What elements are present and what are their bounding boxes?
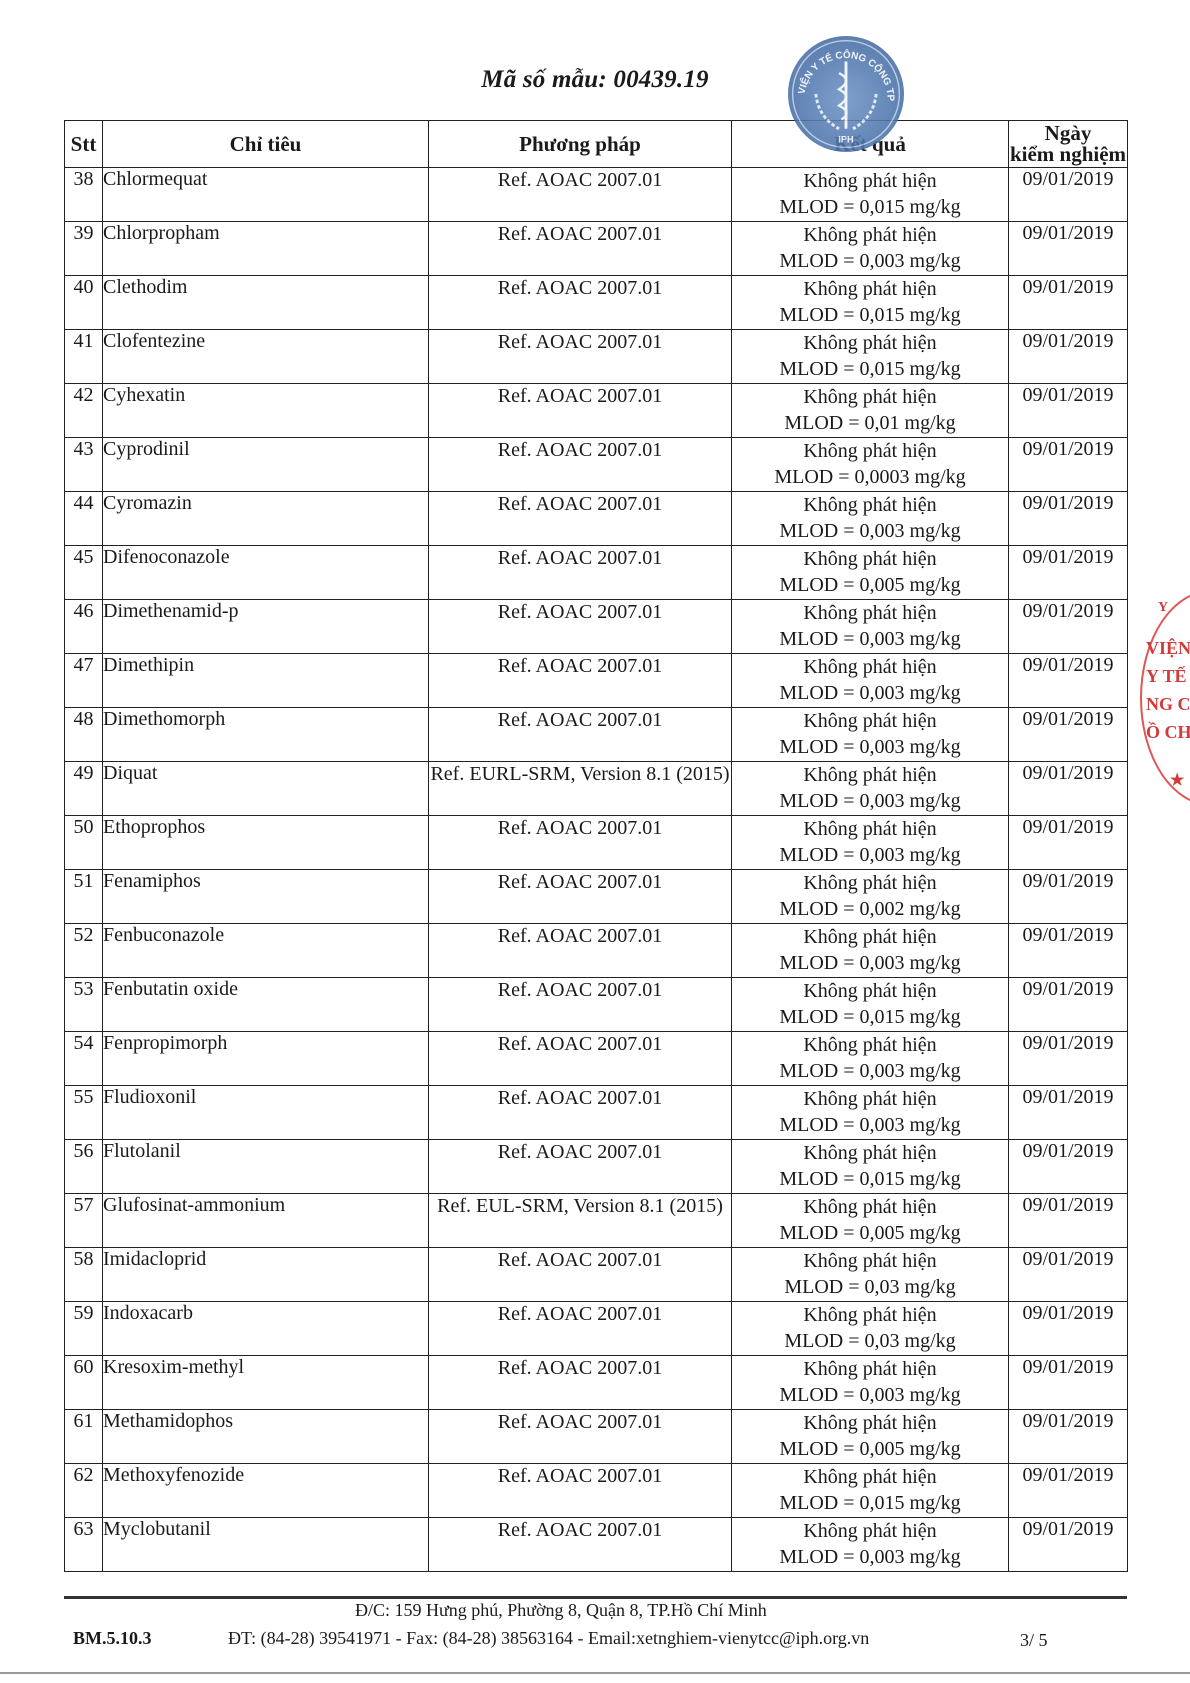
row-result-text: Không phát hiện <box>732 1140 1008 1166</box>
row-stt: 49 <box>65 762 103 816</box>
row-stt: 62 <box>65 1464 103 1518</box>
row-result: Không phát hiệnMLOD = 0,003 mg/kg <box>732 1356 1009 1410</box>
row-method: Ref. AOAC 2007.01 <box>429 1086 732 1140</box>
row-method: Ref. AOAC 2007.01 <box>429 1464 732 1518</box>
row-mlod: MLOD = 0,005 mg/kg <box>732 1220 1008 1246</box>
row-mlod: MLOD = 0,003 mg/kg <box>732 680 1008 706</box>
table-row: 60Kresoxim-methylRef. AOAC 2007.01Không … <box>65 1356 1128 1410</box>
row-method: Ref. AOAC 2007.01 <box>429 924 732 978</box>
row-method: Ref. AOAC 2007.01 <box>429 708 732 762</box>
row-result: Không phát hiệnMLOD = 0,003 mg/kg <box>732 492 1009 546</box>
row-stt: 46 <box>65 600 103 654</box>
table-row: 61MethamidophosRef. AOAC 2007.01Không ph… <box>65 1410 1128 1464</box>
row-mlod: MLOD = 0,015 mg/kg <box>732 1166 1008 1192</box>
row-analyte: Fenamiphos <box>103 870 429 924</box>
row-mlod: MLOD = 0,003 mg/kg <box>732 788 1008 814</box>
table-row: 62MethoxyfenozideRef. AOAC 2007.01Không … <box>65 1464 1128 1518</box>
row-date: 09/01/2019 <box>1009 816 1128 870</box>
row-result: Không phát hiệnMLOD = 0,01 mg/kg <box>732 384 1009 438</box>
table-row: 51FenamiphosRef. AOAC 2007.01Không phát … <box>65 870 1128 924</box>
table-row: 50EthoprophosRef. AOAC 2007.01Không phát… <box>65 816 1128 870</box>
row-result-text: Không phát hiện <box>732 870 1008 896</box>
row-result-text: Không phát hiện <box>732 222 1008 248</box>
row-result-text: Không phát hiện <box>732 168 1008 194</box>
row-date: 09/01/2019 <box>1009 168 1128 222</box>
row-result-text: Không phát hiện <box>732 762 1008 788</box>
row-date: 09/01/2019 <box>1009 1194 1128 1248</box>
row-stt: 47 <box>65 654 103 708</box>
row-stt: 41 <box>65 330 103 384</box>
row-stt: 48 <box>65 708 103 762</box>
row-mlod: MLOD = 0,03 mg/kg <box>732 1274 1008 1300</box>
row-result: Không phát hiệnMLOD = 0,003 mg/kg <box>732 762 1009 816</box>
row-result: Không phát hiệnMLOD = 0,03 mg/kg <box>732 1248 1009 1302</box>
row-result-text: Không phát hiện <box>732 708 1008 734</box>
seal-iph: IPH <box>838 135 854 145</box>
row-result: Không phát hiệnMLOD = 0,015 mg/kg <box>732 1464 1009 1518</box>
red-stamp: Y VIỆN Y TẾ NG CỘ Ồ CHÍ M ★ <box>1140 590 1190 802</box>
row-method: Ref. AOAC 2007.01 <box>429 546 732 600</box>
row-date: 09/01/2019 <box>1009 384 1128 438</box>
row-stt: 51 <box>65 870 103 924</box>
row-analyte: Diquat <box>103 762 429 816</box>
row-stt: 55 <box>65 1086 103 1140</box>
footer-address: Đ/C: 159 Hưng phú, Phường 8, Quận 8, TP.… <box>355 1600 767 1621</box>
row-mlod: MLOD = 0,015 mg/kg <box>732 194 1008 220</box>
table-row: 63MyclobutanilRef. AOAC 2007.01Không phá… <box>65 1518 1128 1572</box>
row-result-text: Không phát hiện <box>732 546 1008 572</box>
row-mlod: MLOD = 0,005 mg/kg <box>732 572 1008 598</box>
table-row: 43CyprodinilRef. AOAC 2007.01Không phát … <box>65 438 1128 492</box>
row-analyte: Imidacloprid <box>103 1248 429 1302</box>
row-analyte: Glufosinat-ammonium <box>103 1194 429 1248</box>
row-result-text: Không phát hiện <box>732 1410 1008 1436</box>
row-date: 09/01/2019 <box>1009 1248 1128 1302</box>
red-stamp-line: Ồ CHÍ M <box>1146 722 1190 743</box>
header-date: Ngày kiểm nghiệm <box>1009 121 1128 168</box>
row-stt: 42 <box>65 384 103 438</box>
row-analyte: Methamidophos <box>103 1410 429 1464</box>
bottom-rule <box>0 1672 1190 1674</box>
row-method: Ref. AOAC 2007.01 <box>429 384 732 438</box>
row-date: 09/01/2019 <box>1009 1410 1128 1464</box>
row-date: 09/01/2019 <box>1009 276 1128 330</box>
row-stt: 50 <box>65 816 103 870</box>
institute-seal-icon: VIỆN Y TẾ CÔNG CỘNG TP.HCM IPH <box>788 36 904 152</box>
row-method: Ref. AOAC 2007.01 <box>429 1248 732 1302</box>
row-date: 09/01/2019 <box>1009 600 1128 654</box>
row-result: Không phát hiệnMLOD = 0,015 mg/kg <box>732 168 1009 222</box>
sample-code-title: Mã số mẫu: 00439.19 <box>0 66 1190 94</box>
row-result: Không phát hiệnMLOD = 0,003 mg/kg <box>732 1032 1009 1086</box>
row-date: 09/01/2019 <box>1009 762 1128 816</box>
row-date: 09/01/2019 <box>1009 978 1128 1032</box>
table-row: 42CyhexatinRef. AOAC 2007.01Không phát h… <box>65 384 1128 438</box>
row-result-text: Không phát hiện <box>732 816 1008 842</box>
row-analyte: Chlorpropham <box>103 222 429 276</box>
row-result: Không phát hiệnMLOD = 0,015 mg/kg <box>732 1140 1009 1194</box>
row-result-text: Không phát hiện <box>732 1032 1008 1058</box>
row-date: 09/01/2019 <box>1009 1140 1128 1194</box>
row-stt: 56 <box>65 1140 103 1194</box>
row-analyte: Dimethipin <box>103 654 429 708</box>
row-date: 09/01/2019 <box>1009 1518 1128 1572</box>
row-stt: 45 <box>65 546 103 600</box>
row-stt: 63 <box>65 1518 103 1572</box>
table-header-row: Stt Chỉ tiêu Phương pháp Kết quả Ngày ki… <box>65 121 1128 168</box>
row-result-text: Không phát hiện <box>732 924 1008 950</box>
table-bottom-border <box>64 1596 1127 1599</box>
footer-page-number: 3/ 5 <box>1020 1630 1048 1651</box>
row-result-text: Không phát hiện <box>732 1464 1008 1490</box>
row-result: Không phát hiệnMLOD = 0,0003 mg/kg <box>732 438 1009 492</box>
header-date-line2: kiểm nghiệm <box>1009 144 1127 165</box>
row-mlod: MLOD = 0,003 mg/kg <box>732 842 1008 868</box>
row-method: Ref. AOAC 2007.01 <box>429 870 732 924</box>
row-mlod: MLOD = 0,01 mg/kg <box>732 410 1008 436</box>
row-mlod: MLOD = 0,003 mg/kg <box>732 1544 1008 1570</box>
row-stt: 61 <box>65 1410 103 1464</box>
row-analyte: Dimethenamid-p <box>103 600 429 654</box>
footer-form-code: BM.5.10.3 <box>73 1628 152 1649</box>
row-date: 09/01/2019 <box>1009 1464 1128 1518</box>
row-analyte: Fenbutatin oxide <box>103 978 429 1032</box>
row-result-text: Không phát hiện <box>732 1248 1008 1274</box>
row-analyte: Cyhexatin <box>103 384 429 438</box>
row-result: Không phát hiệnMLOD = 0,003 mg/kg <box>732 654 1009 708</box>
row-mlod: MLOD = 0,003 mg/kg <box>732 626 1008 652</box>
row-mlod: MLOD = 0,005 mg/kg <box>732 1436 1008 1462</box>
table-row: 39ChlorprophamRef. AOAC 2007.01Không phá… <box>65 222 1128 276</box>
row-date: 09/01/2019 <box>1009 924 1128 978</box>
row-mlod: MLOD = 0,015 mg/kg <box>732 1004 1008 1030</box>
row-mlod: MLOD = 0,003 mg/kg <box>732 734 1008 760</box>
table-row: 54FenpropimorphRef. AOAC 2007.01Không ph… <box>65 1032 1128 1086</box>
row-method: Ref. EURL-SRM, Version 8.1 (2015) <box>429 762 732 816</box>
table-row: 38ChlormequatRef. AOAC 2007.01Không phát… <box>65 168 1128 222</box>
row-result: Không phát hiệnMLOD = 0,005 mg/kg <box>732 1410 1009 1464</box>
row-method: Ref. AOAC 2007.01 <box>429 1356 732 1410</box>
table-row: 53Fenbutatin oxideRef. AOAC 2007.01Không… <box>65 978 1128 1032</box>
row-stt: 57 <box>65 1194 103 1248</box>
header-date-line1: Ngày <box>1009 123 1127 144</box>
row-result-text: Không phát hiện <box>732 1086 1008 1112</box>
row-method: Ref. AOAC 2007.01 <box>429 168 732 222</box>
red-stamp-line: NG CỘ <box>1146 694 1190 715</box>
row-result: Không phát hiệnMLOD = 0,005 mg/kg <box>732 546 1009 600</box>
row-analyte: Kresoxim-methyl <box>103 1356 429 1410</box>
row-analyte: Clofentezine <box>103 330 429 384</box>
row-stt: 54 <box>65 1032 103 1086</box>
row-stt: 44 <box>65 492 103 546</box>
results-table: Stt Chỉ tiêu Phương pháp Kết quả Ngày ki… <box>64 120 1128 1572</box>
table-row: 46Dimethenamid-pRef. AOAC 2007.01Không p… <box>65 600 1128 654</box>
row-result: Không phát hiệnMLOD = 0,003 mg/kg <box>732 222 1009 276</box>
row-analyte: Cyromazin <box>103 492 429 546</box>
row-method: Ref. EUL-SRM, Version 8.1 (2015) <box>429 1194 732 1248</box>
row-method: Ref. AOAC 2007.01 <box>429 816 732 870</box>
row-analyte: Ethoprophos <box>103 816 429 870</box>
table-row: 41ClofentezineRef. AOAC 2007.01Không phá… <box>65 330 1128 384</box>
row-mlod: MLOD = 0,002 mg/kg <box>732 896 1008 922</box>
row-result: Không phát hiệnMLOD = 0,03 mg/kg <box>732 1302 1009 1356</box>
row-date: 09/01/2019 <box>1009 438 1128 492</box>
footer-contact: ĐT: (84-28) 39541971 - Fax: (84-28) 3856… <box>228 1628 869 1649</box>
row-mlod: MLOD = 0,003 mg/kg <box>732 950 1008 976</box>
row-result-text: Không phát hiện <box>732 1356 1008 1382</box>
table-row: 44CyromazinRef. AOAC 2007.01Không phát h… <box>65 492 1128 546</box>
row-mlod: MLOD = 0,015 mg/kg <box>732 356 1008 382</box>
table-row: 52FenbuconazoleRef. AOAC 2007.01Không ph… <box>65 924 1128 978</box>
red-stamp-line: Y <box>1158 600 1168 616</box>
row-stt: 38 <box>65 168 103 222</box>
row-mlod: MLOD = 0,015 mg/kg <box>732 302 1008 328</box>
row-analyte: Difenoconazole <box>103 546 429 600</box>
row-method: Ref. AOAC 2007.01 <box>429 1302 732 1356</box>
row-result-text: Không phát hiện <box>732 1302 1008 1328</box>
row-result-text: Không phát hiện <box>732 978 1008 1004</box>
row-result: Không phát hiệnMLOD = 0,003 mg/kg <box>732 816 1009 870</box>
table-body: 38ChlormequatRef. AOAC 2007.01Không phát… <box>65 168 1128 1572</box>
row-mlod: MLOD = 0,003 mg/kg <box>732 1058 1008 1084</box>
row-analyte: Flutolanil <box>103 1140 429 1194</box>
red-stamp-line: Y TẾ <box>1146 666 1187 687</box>
row-date: 09/01/2019 <box>1009 1302 1128 1356</box>
row-analyte: Clethodim <box>103 276 429 330</box>
row-date: 09/01/2019 <box>1009 1356 1128 1410</box>
table-row: 48DimethomorphRef. AOAC 2007.01Không phá… <box>65 708 1128 762</box>
row-result: Không phát hiệnMLOD = 0,003 mg/kg <box>732 1518 1009 1572</box>
row-result-text: Không phát hiện <box>732 1194 1008 1220</box>
row-stt: 53 <box>65 978 103 1032</box>
row-result: Không phát hiệnMLOD = 0,003 mg/kg <box>732 600 1009 654</box>
row-stt: 52 <box>65 924 103 978</box>
row-mlod: MLOD = 0,003 mg/kg <box>732 1112 1008 1138</box>
row-method: Ref. AOAC 2007.01 <box>429 978 732 1032</box>
row-method: Ref. AOAC 2007.01 <box>429 600 732 654</box>
row-date: 09/01/2019 <box>1009 492 1128 546</box>
row-stt: 39 <box>65 222 103 276</box>
row-mlod: MLOD = 0,03 mg/kg <box>732 1328 1008 1354</box>
row-method: Ref. AOAC 2007.01 <box>429 276 732 330</box>
row-method: Ref. AOAC 2007.01 <box>429 1410 732 1464</box>
row-date: 09/01/2019 <box>1009 222 1128 276</box>
row-result: Không phát hiệnMLOD = 0,003 mg/kg <box>732 924 1009 978</box>
row-result: Không phát hiệnMLOD = 0,002 mg/kg <box>732 870 1009 924</box>
row-result-text: Không phát hiện <box>732 492 1008 518</box>
row-method: Ref. AOAC 2007.01 <box>429 1140 732 1194</box>
row-result: Không phát hiệnMLOD = 0,015 mg/kg <box>732 330 1009 384</box>
row-analyte: Methoxyfenozide <box>103 1464 429 1518</box>
row-analyte: Fludioxonil <box>103 1086 429 1140</box>
row-mlod: MLOD = 0,003 mg/kg <box>732 248 1008 274</box>
row-date: 09/01/2019 <box>1009 708 1128 762</box>
table-row: 45DifenoconazoleRef. AOAC 2007.01Không p… <box>65 546 1128 600</box>
header-method: Phương pháp <box>429 121 732 168</box>
row-date: 09/01/2019 <box>1009 546 1128 600</box>
row-date: 09/01/2019 <box>1009 330 1128 384</box>
row-result-text: Không phát hiện <box>732 438 1008 464</box>
table-row: 40ClethodimRef. AOAC 2007.01Không phát h… <box>65 276 1128 330</box>
row-method: Ref. AOAC 2007.01 <box>429 1032 732 1086</box>
row-analyte: Dimethomorph <box>103 708 429 762</box>
row-method: Ref. AOAC 2007.01 <box>429 438 732 492</box>
row-result: Không phát hiệnMLOD = 0,003 mg/kg <box>732 1086 1009 1140</box>
row-analyte: Fenpropimorph <box>103 1032 429 1086</box>
row-analyte: Myclobutanil <box>103 1518 429 1572</box>
row-result-text: Không phát hiện <box>732 276 1008 302</box>
table-row: 56FlutolanilRef. AOAC 2007.01Không phát … <box>65 1140 1128 1194</box>
row-mlod: MLOD = 0,0003 mg/kg <box>732 464 1008 490</box>
table-row: 58ImidaclopridRef. AOAC 2007.01Không phá… <box>65 1248 1128 1302</box>
row-result: Không phát hiệnMLOD = 0,015 mg/kg <box>732 276 1009 330</box>
header-stt: Stt <box>65 121 103 168</box>
row-method: Ref. AOAC 2007.01 <box>429 222 732 276</box>
row-analyte: Chlormequat <box>103 168 429 222</box>
star-icon: ★ <box>1170 770 1184 790</box>
row-analyte: Cyprodinil <box>103 438 429 492</box>
row-method: Ref. AOAC 2007.01 <box>429 1518 732 1572</box>
row-method: Ref. AOAC 2007.01 <box>429 330 732 384</box>
red-stamp-line: VIỆN <box>1146 638 1190 659</box>
row-stt: 40 <box>65 276 103 330</box>
row-date: 09/01/2019 <box>1009 1086 1128 1140</box>
row-result-text: Không phát hiện <box>732 384 1008 410</box>
row-mlod: MLOD = 0,003 mg/kg <box>732 1382 1008 1408</box>
row-method: Ref. AOAC 2007.01 <box>429 492 732 546</box>
row-date: 09/01/2019 <box>1009 654 1128 708</box>
row-mlod: MLOD = 0,015 mg/kg <box>732 1490 1008 1516</box>
row-result-text: Không phát hiện <box>732 330 1008 356</box>
row-date: 09/01/2019 <box>1009 870 1128 924</box>
row-method: Ref. AOAC 2007.01 <box>429 654 732 708</box>
row-result-text: Không phát hiện <box>732 654 1008 680</box>
row-stt: 59 <box>65 1302 103 1356</box>
table-row: 59IndoxacarbRef. AOAC 2007.01Không phát … <box>65 1302 1128 1356</box>
row-stt: 58 <box>65 1248 103 1302</box>
row-stt: 60 <box>65 1356 103 1410</box>
row-result: Không phát hiệnMLOD = 0,005 mg/kg <box>732 1194 1009 1248</box>
table-row: 55FludioxonilRef. AOAC 2007.01Không phát… <box>65 1086 1128 1140</box>
table-row: 49DiquatRef. EURL-SRM, Version 8.1 (2015… <box>65 762 1128 816</box>
table-row: 47DimethipinRef. AOAC 2007.01Không phát … <box>65 654 1128 708</box>
row-result-text: Không phát hiện <box>732 600 1008 626</box>
row-analyte: Fenbuconazole <box>103 924 429 978</box>
row-mlod: MLOD = 0,003 mg/kg <box>732 518 1008 544</box>
row-analyte: Indoxacarb <box>103 1302 429 1356</box>
row-result: Không phát hiệnMLOD = 0,015 mg/kg <box>732 978 1009 1032</box>
row-date: 09/01/2019 <box>1009 1032 1128 1086</box>
row-result-text: Không phát hiện <box>732 1518 1008 1544</box>
header-name: Chỉ tiêu <box>103 121 429 168</box>
row-stt: 43 <box>65 438 103 492</box>
row-result: Không phát hiệnMLOD = 0,003 mg/kg <box>732 708 1009 762</box>
table-row: 57Glufosinat-ammoniumRef. EUL-SRM, Versi… <box>65 1194 1128 1248</box>
